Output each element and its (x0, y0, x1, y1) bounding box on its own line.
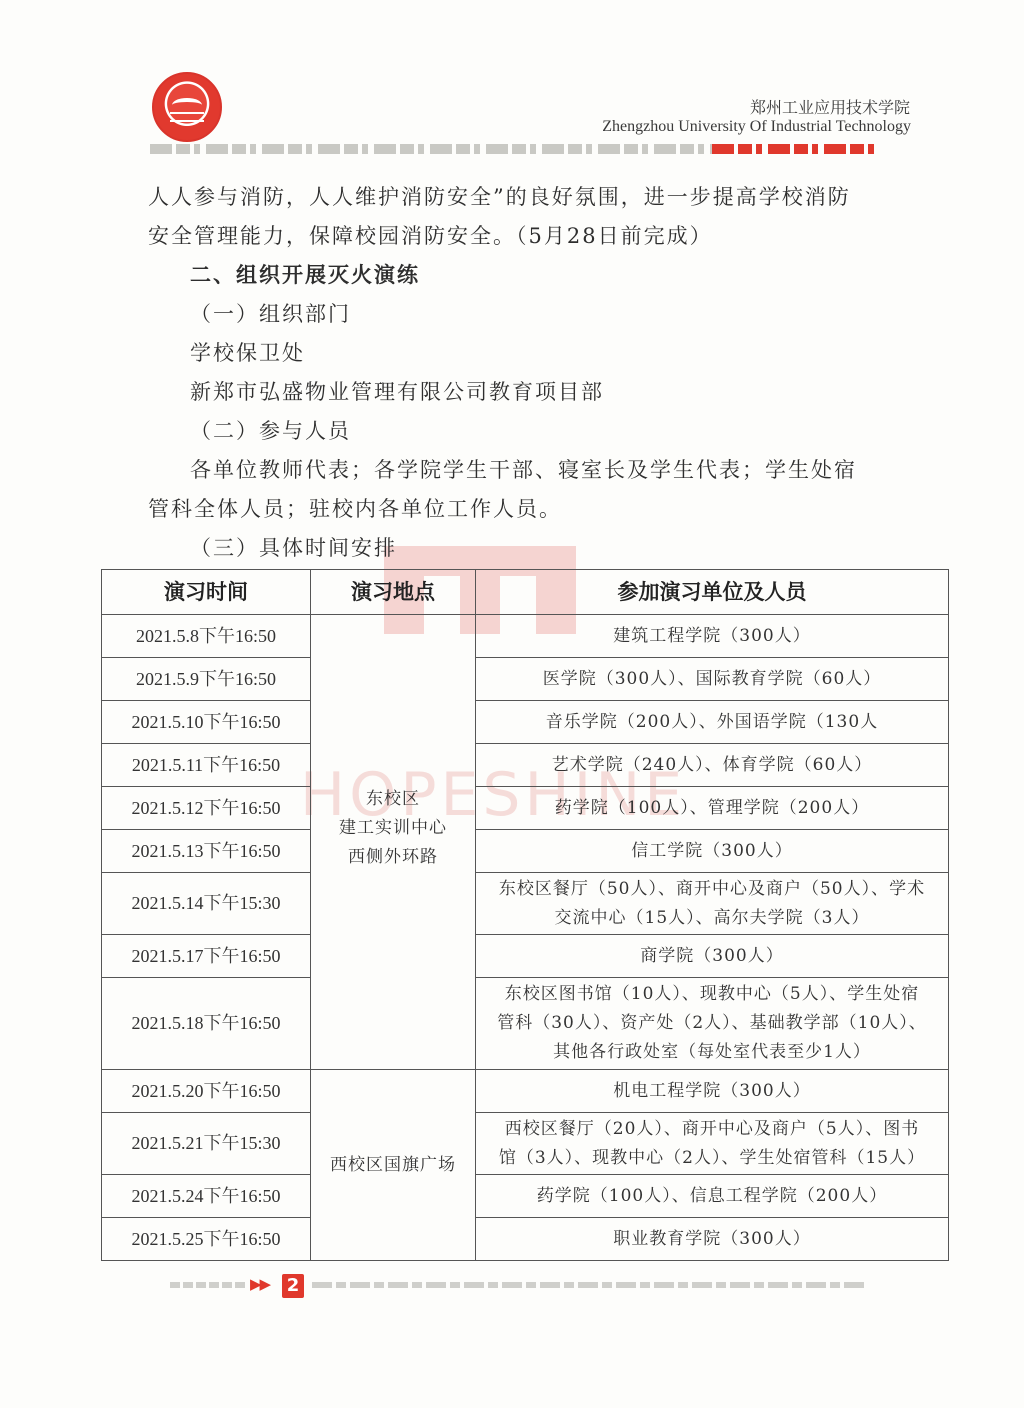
table-row: 2021.5.25下午16:50 职业教育学院（300人） (102, 1218, 949, 1261)
header-location: 演习地点 (311, 570, 476, 615)
units-line: 东校区图书馆（10人）、现教中心（5人）、学生处宿 (482, 980, 942, 1009)
book-emblem-icon (170, 112, 204, 122)
drill-time: 2021.5.17下午16:50 (102, 935, 311, 978)
location-line: 建工实训中心 (317, 814, 469, 843)
drill-units: 商学院（300人） (476, 935, 949, 978)
drill-units: 西校区餐厅（20人）、商开中心及商户（5人）、图书 馆（3人）、现教中心（2人）… (476, 1113, 949, 1175)
table-row: 2021.5.8下午16:50 东校区 建工实训中心 西侧外环路 建筑工程学院（… (102, 615, 949, 658)
footer-decorative-bar (312, 1282, 864, 1288)
document-body: 人人参与消防，人人维护消防安全”的良好氛围，进一步提高学校消防 安全管理能力，保… (148, 178, 913, 568)
header-bar-red (712, 144, 880, 154)
page-number: 2 (282, 1274, 304, 1298)
table-row: 2021.5.13下午16:50 信工学院（300人） (102, 830, 949, 873)
units-line: 其他各行政处室（每处室代表至少1人） (482, 1038, 942, 1067)
header-decorative-bar (150, 144, 880, 154)
drill-units: 东校区餐厅（50人）、商开中心及商户（50人）、学术 交流中心（15人）、高尔夫… (476, 873, 949, 935)
units-line: 馆（3人）、现教中心（2人）、学生处宿管科（15人） (482, 1144, 942, 1173)
drill-time: 2021.5.11下午16:50 (102, 744, 311, 787)
paragraph-line: 人人参与消防，人人维护消防安全”的良好氛围，进一步提高学校消防 (148, 178, 913, 217)
drill-units: 建筑工程学院（300人） (476, 615, 949, 658)
location-west-campus: 西校区国旗广场 (311, 1070, 476, 1261)
drill-time: 2021.5.13下午16:50 (102, 830, 311, 873)
header-time: 演习时间 (102, 570, 311, 615)
header-units: 参加演习单位及人员 (476, 570, 949, 615)
drill-time: 2021.5.21下午15:30 (102, 1113, 311, 1175)
drill-time: 2021.5.12下午16:50 (102, 787, 311, 830)
drill-units: 医学院（300人）、国际教育学院（60人） (476, 658, 949, 701)
drill-units: 机电工程学院（300人） (476, 1070, 949, 1113)
subsection-heading: （一）组织部门 (148, 295, 913, 334)
units-line: 西校区餐厅（20人）、商开中心及商户（5人）、图书 (482, 1115, 942, 1144)
table-row: 2021.5.21下午15:30 西校区餐厅（20人）、商开中心及商户（5人）、… (102, 1113, 949, 1175)
drill-schedule-table: 演习时间 演习地点 参加演习单位及人员 2021.5.8下午16:50 东校区 … (101, 569, 949, 1261)
table-row: 2021.5.10下午16:50 音乐学院（200人）、外国语学院（130人 (102, 701, 949, 744)
organizer-item: 学校保卫处 (148, 334, 913, 373)
drill-units: 艺术学院（240人）、体育学院（60人） (476, 744, 949, 787)
location-east-campus: 东校区 建工实训中心 西侧外环路 (311, 615, 476, 1070)
location-line: 西侧外环路 (317, 843, 469, 872)
double-arrow-icon: ▶▶ (250, 1275, 269, 1293)
drill-time: 2021.5.24下午16:50 (102, 1175, 311, 1218)
university-name-en: Zhengzhou University Of Industrial Techn… (602, 118, 911, 136)
drill-time: 2021.5.18下午16:50 (102, 978, 311, 1070)
footer-decorative-bar (170, 1282, 246, 1288)
drill-time: 2021.5.10下午16:50 (102, 701, 311, 744)
university-name-cn: 郑州工业应用技术学院 (750, 95, 910, 118)
page-footer: ▶▶ 2 (170, 1274, 864, 1296)
subsection-heading: （二）参与人员 (148, 412, 913, 451)
location-line: 东校区 (317, 785, 469, 814)
table-row: 2021.5.12下午16:50 药学院（100人）、管理学院（200人） (102, 787, 949, 830)
drill-time: 2021.5.8下午16:50 (102, 615, 311, 658)
paragraph-line: 安全管理能力，保障校园消防安全。（5月28日前完成） (148, 217, 913, 256)
units-line: 东校区餐厅（50人）、商开中心及商户（50人）、学术 (482, 875, 942, 904)
drill-time: 2021.5.14下午15:30 (102, 873, 311, 935)
table-header-row: 演习时间 演习地点 参加演习单位及人员 (102, 570, 949, 615)
drill-time: 2021.5.9下午16:50 (102, 658, 311, 701)
drill-time: 2021.5.20下午16:50 (102, 1070, 311, 1113)
table-row: 2021.5.20下午16:50 西校区国旗广场 机电工程学院（300人） (102, 1070, 949, 1113)
paragraph-line: 各单位教师代表；各学院学生干部、寝室长及学生代表；学生处宿 (148, 451, 913, 490)
units-line: 交流中心（15人）、高尔夫学院（3人） (482, 904, 942, 933)
organizer-item: 新郑市弘盛物业管理有限公司教育项目部 (148, 373, 913, 412)
table-row: 2021.5.14下午15:30 东校区餐厅（50人）、商开中心及商户（50人）… (102, 873, 949, 935)
drill-time: 2021.5.25下午16:50 (102, 1218, 311, 1261)
drill-units: 音乐学院（200人）、外国语学院（130人 (476, 701, 949, 744)
table-row: 2021.5.24下午16:50 药学院（100人）、信息工程学院（200人） (102, 1175, 949, 1218)
drill-units: 信工学院（300人） (476, 830, 949, 873)
subsection-heading: （三）具体时间安排 (148, 529, 913, 568)
drill-units: 职业教育学院（300人） (476, 1218, 949, 1261)
table-row: 2021.5.11下午16:50 艺术学院（240人）、体育学院（60人） (102, 744, 949, 787)
table-row: 2021.5.9下午16:50 医学院（300人）、国际教育学院（60人） (102, 658, 949, 701)
table-row: 2021.5.17下午16:50 商学院（300人） (102, 935, 949, 978)
drill-units: 东校区图书馆（10人）、现教中心（5人）、学生处宿 管科（30人）、资产处（2人… (476, 978, 949, 1070)
bird-emblem-icon (172, 98, 202, 112)
section-heading: 二、组织开展灭火演练 (148, 256, 913, 295)
paragraph-line: 管科全体人员；驻校内各单位工作人员。 (148, 490, 913, 529)
table-row: 2021.5.18下午16:50 东校区图书馆（10人）、现教中心（5人）、学生… (102, 978, 949, 1070)
drill-units: 药学院（100人）、信息工程学院（200人） (476, 1175, 949, 1218)
header-bar-grey (150, 144, 712, 154)
units-line: 管科（30人）、资产处（2人）、基础教学部（10人）、 (482, 1009, 942, 1038)
university-logo (152, 72, 222, 142)
drill-units: 药学院（100人）、管理学院（200人） (476, 787, 949, 830)
